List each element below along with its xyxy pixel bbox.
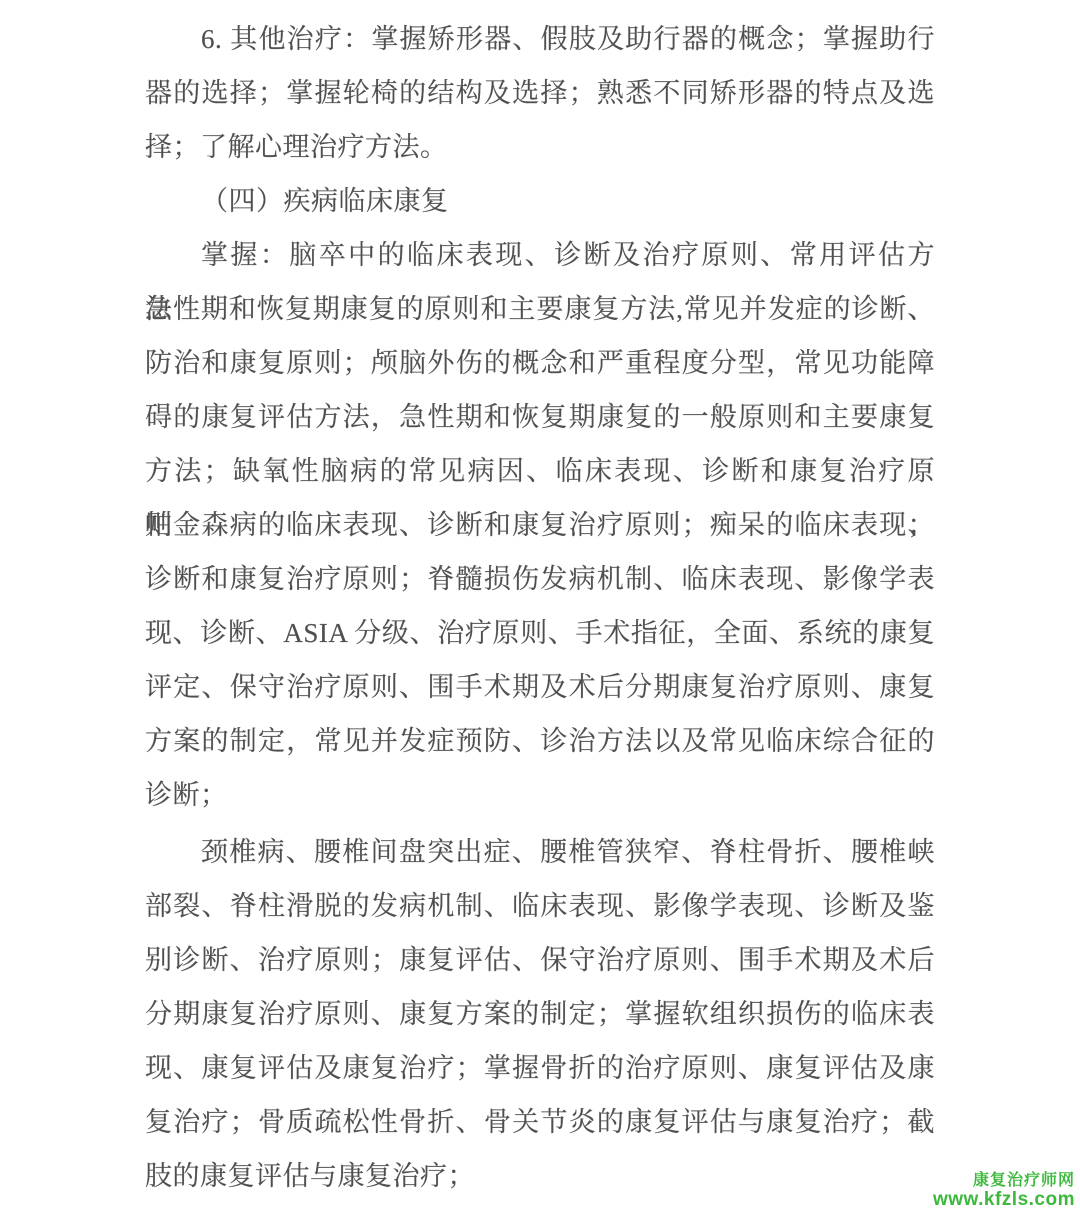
text-line: 帕金森病的临床表现、诊断和康复治疗原则；痴呆的临床表现、 [145,498,935,552]
text-line: 诊断； [145,768,935,822]
text-line: 颈椎病、腰椎间盘突出症、腰椎管狭窄、脊柱骨折、腰椎峡 [145,825,935,879]
paragraph-master-neuro-rehab: 掌握：脑卒中的临床表现、诊断及治疗原则、常用评估方法、 急性期和恢复期康复的原则… [145,228,935,822]
paragraph-other-treatments: 6. 其他治疗：掌握矫形器、假肢及助行器的概念；掌握助行 器的选择；掌握轮椅的结… [145,12,935,174]
text-line: 碍的康复评估方法，急性期和恢复期康复的一般原则和主要康复 [145,390,935,444]
text-line: 诊断和康复治疗原则；脊髓损伤发病机制、临床表现、影像学表 [145,552,935,606]
text-line: 掌握：脑卒中的临床表现、诊断及治疗原则、常用评估方法、 [145,228,935,282]
text-line: 急性期和恢复期康复的原则和主要康复方法,常见并发症的诊断、 [145,282,935,336]
text-line: 别诊断、治疗原则；康复评估、保守治疗原则、围手术期及术后 [145,933,935,987]
watermark: 康复治疗师网 www.kfzls.com [933,1173,1075,1210]
text-line: 方案的制定，常见并发症预防、诊治方法以及常见临床综合征的 [145,714,935,768]
watermark-site-name: 康复治疗师网 [933,1173,1075,1190]
text-line: 器的选择；掌握轮椅的结构及选择；熟悉不同矫形器的特点及选 [145,66,935,120]
text-line: 防治和康复原则；颅脑外伤的概念和严重程度分型，常见功能障 [145,336,935,390]
section-heading-disease-clinical-rehab: （四）疾病临床康复 [145,174,935,228]
text-line: 复治疗；骨质疏松性骨折、骨关节炎的康复评估与康复治疗；截 [145,1095,935,1149]
document-page: 6. 其他治疗：掌握矫形器、假肢及助行器的概念；掌握助行 器的选择；掌握轮椅的结… [0,0,1080,1214]
text-line: 择；了解心理治疗方法。 [145,120,935,174]
paragraph-spine-and-bone-rehab: 颈椎病、腰椎间盘突出症、腰椎管狭窄、脊柱骨折、腰椎峡 部裂、脊柱滑脱的发病机制、… [145,825,935,1203]
document-content: 6. 其他治疗：掌握矫形器、假肢及助行器的概念；掌握助行 器的选择；掌握轮椅的结… [0,0,1080,1203]
text-line: 现、诊断、ASIA 分级、治疗原则、手术指征，全面、系统的康复 [145,606,935,660]
text-line: 部裂、脊柱滑脱的发病机制、临床表现、影像学表现、诊断及鉴 [145,879,935,933]
text-line: 分期康复治疗原则、康复方案的制定；掌握软组织损伤的临床表 [145,987,935,1041]
text-line: 方法；缺氧性脑病的常见病因、临床表现、诊断和康复治疗原则； [145,444,935,498]
text-line: 现、康复评估及康复治疗；掌握骨折的治疗原则、康复评估及康 [145,1041,935,1095]
section-heading-line: （四）疾病临床康复 [145,174,935,228]
text-line: 评定、保守治疗原则、围手术期及术后分期康复治疗原则、康复 [145,660,935,714]
text-line: 肢的康复评估与康复治疗； [145,1149,935,1203]
watermark-site-url: www.kfzls.com [933,1190,1075,1210]
text-line: 6. 其他治疗：掌握矫形器、假肢及助行器的概念；掌握助行 [145,12,935,66]
